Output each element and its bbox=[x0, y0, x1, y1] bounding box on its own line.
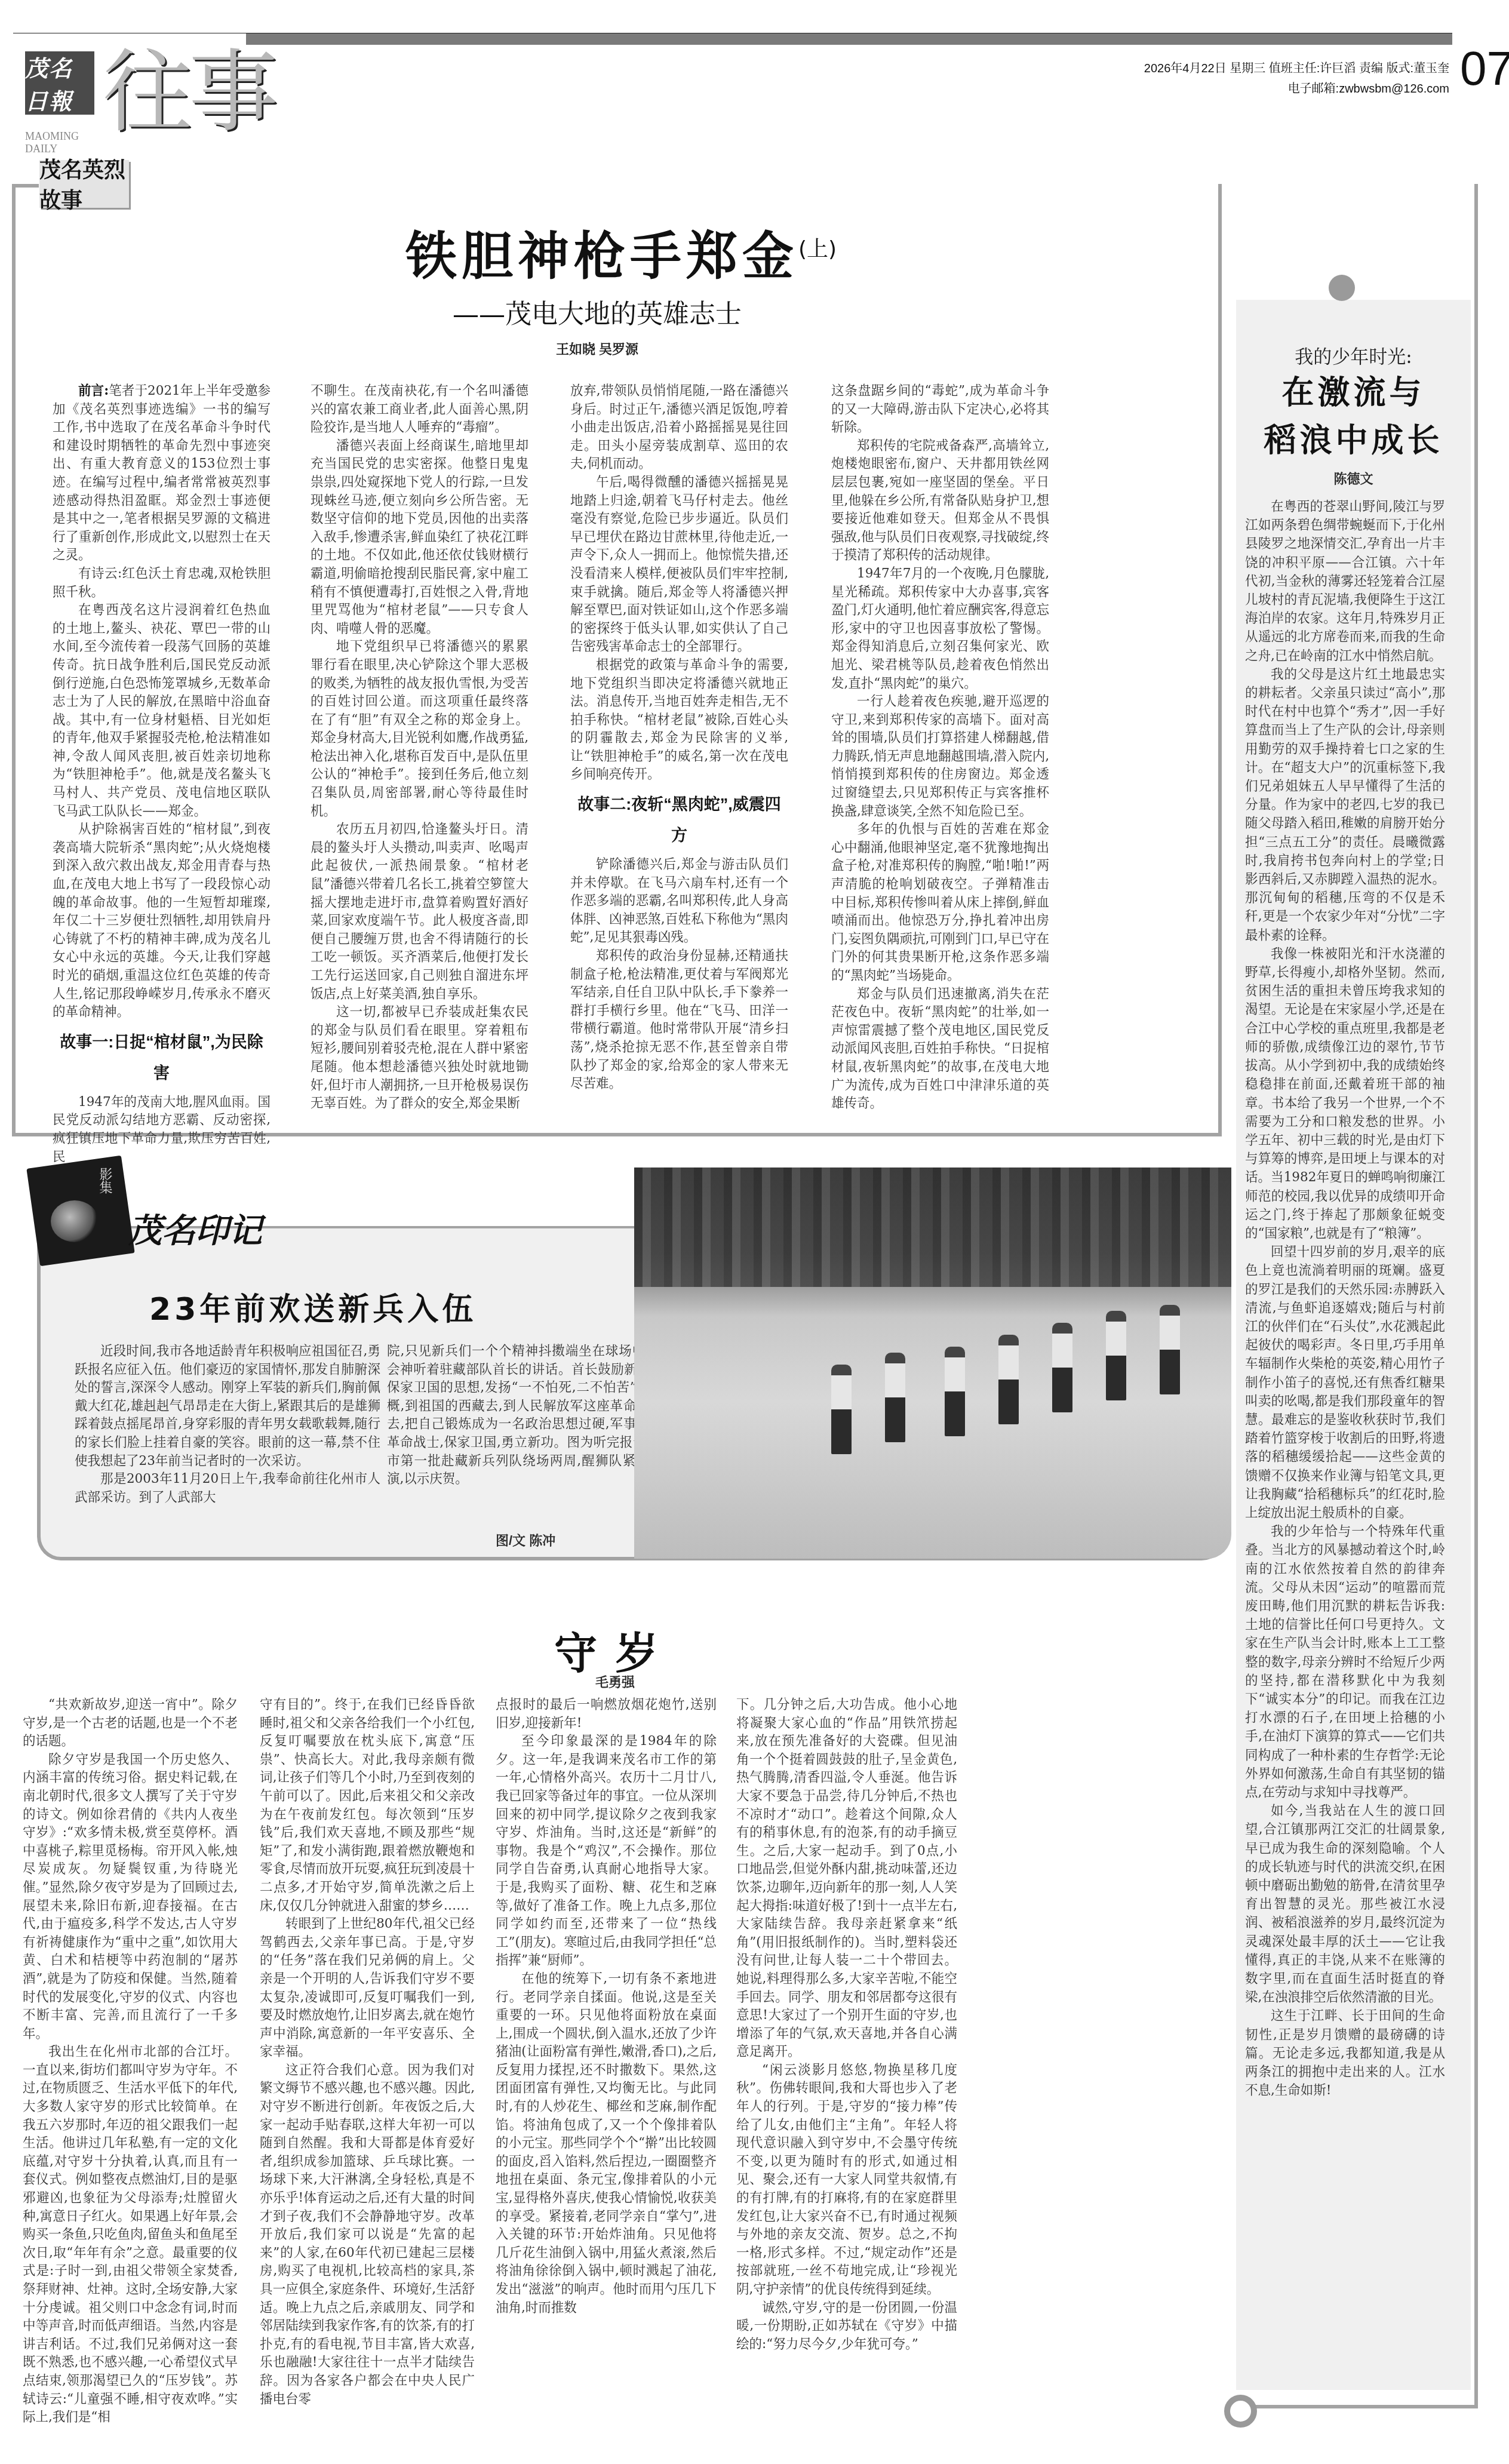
paper-logo-english: MAOMING DAILY bbox=[25, 130, 97, 155]
preface-label: 前言: bbox=[78, 383, 109, 398]
sidebar-byline: 陈德文 bbox=[1236, 469, 1471, 487]
story2-heading: 故事二:夜斩“黑肉蛇”,威震四方 bbox=[570, 789, 788, 851]
page-number: 07 bbox=[1460, 42, 1509, 96]
imprint-column-tag: 茂名印记 bbox=[128, 1205, 262, 1252]
paragraph: 如今,当我站在人生的渡口回望,合江镇那两江交汇的壮阔景象,早已成为我生命的深刻隐… bbox=[1245, 1802, 1445, 2007]
essay-column-1: “共欢新故岁,迎送一宵中”。除夕守岁,是一个古老的话题,也是一个不老的话题。 除… bbox=[23, 1696, 238, 2427]
subhead: ——茂电大地的英雄志士 bbox=[299, 293, 896, 331]
section-title: 往事 bbox=[103, 42, 275, 143]
sidebar-title-line2: 稻浪中成长 bbox=[1236, 417, 1471, 465]
paragraph: 我出生在化州市北部的合江圩。一直以来,街坊们都叫守岁为守年。不过,在物质匮乏、生… bbox=[23, 2043, 238, 2426]
byline: 王如晓 吴罗源 bbox=[299, 339, 896, 358]
sidebar-kicker: 我的少年时光: bbox=[1236, 342, 1471, 368]
paragraph: 诚然,守岁,守的是一份团圆,一份温暖,一份期盼,正如苏轼在《守岁》中描绘的:“努… bbox=[736, 2299, 957, 2354]
headline-text: 铁胆神枪手郑金 bbox=[405, 227, 798, 287]
paragraph: 根据党的政策与革命斗争的需要,地下党组织当即决定将潘德兴就地正法。消息传开,当地… bbox=[570, 656, 788, 784]
paragraph: 一行人趁着夜色疾驰,避开巡逻的守卫,来到郑积传家的高墙下。面对高耸的围墙,队员们… bbox=[831, 693, 1049, 821]
headline: 铁胆神枪手郑金(上) bbox=[269, 215, 973, 289]
paragraph: 转眼到了上世纪80年代,祖父已经驾鹤西去,父亲年事已高。于是,守岁的“任务”落在… bbox=[260, 1915, 475, 2061]
story1-heading: 故事一:日捉“棺材鼠”,为民除害 bbox=[53, 1027, 271, 1089]
essay-title: 守岁 bbox=[496, 1618, 734, 1680]
story-column-2: 不聊生。在茂南袂花,有一个名叫潘德兴的富农兼工商业者,此人面善心黑,阴险狡诈,是… bbox=[311, 382, 528, 1113]
photo-figure bbox=[1106, 1311, 1126, 1400]
poem: 有诗云:红色沃土育忠魂,双枪铁胆照千秋。 bbox=[53, 565, 271, 601]
sidebar-title: 在激流与 稻浪中成长 bbox=[1236, 369, 1471, 465]
paragraph: “闲云淡影月悠悠,物换星移几度秋”。伤佛转眼间,我和大哥也步入了老年人的行列。于… bbox=[736, 2061, 957, 2299]
paragraph: 点报时的最后一响燃放烟花炮竹,送别旧岁,迎接新年! bbox=[496, 1696, 717, 1732]
column-tag: 茂名英烈故事 bbox=[39, 160, 129, 208]
date-editor-line: 2026年4月22日 星期三 值班主任:许巨滔 责编 版式:董玉奎 bbox=[1144, 59, 1449, 76]
paragraph: 这生于江畔、长于田间的生命韧性,正是岁月馈赠的最磅礴的诗篇。无论走多远,我都知道… bbox=[1245, 2007, 1445, 2100]
paragraph: 从护除祸害百姓的“棺材鼠”,到夜袭高墙大院斩杀“黑肉蛇”;从火烧炮楼到深入敌穴救… bbox=[53, 821, 271, 1022]
paragraph: 我的少年恰与一个特殊年代重叠。当北方的风暴撼动着这个时,岭南的江水依然按着自然的… bbox=[1245, 1522, 1445, 1802]
paragraph: 不聊生。在茂南袂花,有一个名叫潘德兴的富农兼工商业者,此人面善心黑,阴险狡诈,是… bbox=[311, 382, 528, 437]
paragraph: 郑积传的宅院戒备森严,高墙耸立,炮楼炮眼密布,窗户、天井都用铁丝网层层包裹,宛如… bbox=[831, 437, 1049, 565]
essay-column-3: 点报时的最后一响燃放烟花炮竹,送别旧岁,迎接新年! 至今印象最深的是1984年的… bbox=[496, 1696, 717, 2317]
paragraph: 1947年的茂南大地,腥风血雨。国民党反动派勾结地方恶霸、反动密探,疯狂镇压地下… bbox=[53, 1093, 271, 1166]
essay-byline: 毛勇强 bbox=[496, 1672, 734, 1691]
sidebar-ring-decor bbox=[1329, 275, 1355, 301]
paragraph: 下。几分钟之后,大功告成。他小心地将凝聚大家心血的“作品”用铁笊捞起来,放在预先… bbox=[736, 1696, 957, 2061]
paragraph: 多年的仇恨与百姓的苦难在郑金心中翻涌,他眼神坚定,毫不犹豫地掏出盒子枪,对准郑积… bbox=[831, 821, 1049, 985]
paragraph: 除夕守岁是我国一个历史悠久、内涵丰富的传统习俗。据史料记载,在南北朝时代,很多文… bbox=[23, 1751, 238, 2044]
story-column-3: 放弃,带领队员悄悄尾随,一路在潘德兴身后。时过正午,潘德兴酒足饭饱,哼着小曲走出… bbox=[570, 382, 788, 1093]
email-line: 电子邮箱:zwbwsbm@126.com bbox=[1288, 79, 1449, 96]
photo-trees bbox=[634, 1168, 1231, 1287]
paragraph: 潘德兴表面上经商谋生,暗地里却充当国民党的忠实密探。他整日鬼鬼祟祟,四处窥探地下… bbox=[311, 437, 528, 638]
photo-figure bbox=[1052, 1323, 1072, 1412]
paragraph: 农历五月初四,恰逢鳌头圩日。清晨的鳌头圩人头攒动,叫卖声、吆喝声此起彼伏,一派热… bbox=[311, 821, 528, 1003]
sidebar-title-line1: 在激流与 bbox=[1236, 369, 1471, 417]
paragraph: 这正符合我们心意。因为我们对繁文缛节不感兴趣,也不感兴趣。因此,对守岁不断进行创… bbox=[260, 2061, 475, 2408]
paragraph: 近段时间,我市各地适龄青年积极响应祖国征召,勇跃报名应征入伍。他们豪迈的家国情怀… bbox=[75, 1342, 380, 1470]
photo-figure bbox=[945, 1347, 965, 1436]
story-column-4: 这条盘踞乡间的“毒蛇”,成为革命斗争的又一大障碍,游击队下定决心,必将其斩除。 … bbox=[831, 382, 1049, 1113]
photo-figure bbox=[831, 1365, 852, 1454]
paragraph: “共欢新故岁,迎送一宵中”。除夕守岁,是一个古老的话题,也是一个不老的话题。 bbox=[23, 1696, 238, 1751]
paragraph: 那是2003年11月20日上午,我奉命前往化州市人武部采访。到了人武部大 bbox=[75, 1470, 380, 1507]
headline-part: (上) bbox=[798, 237, 837, 262]
paragraph: 这一切,都被早已乔装成赶集农民的郑金与队员们看在眼里。穿着粗布短衫,腰间别着驳壳… bbox=[311, 1003, 528, 1113]
paragraph: 守有目的”。终于,在我们已经昏昏欲睡时,祖父和父亲各给我们一个小红包,反复叮嘱要… bbox=[260, 1696, 475, 1915]
paragraph: 铲除潘德兴后,郑金与游击队员们并未停歇。在飞马六扇车村,还有一个作恶多端的恶霸,… bbox=[570, 856, 788, 947]
photo-figure bbox=[885, 1353, 905, 1442]
paragraph: 午后,喝得微醺的潘德兴摇摇晃晃地踏上归途,朝着飞马仔村走去。他丝毫没有察觉,危险… bbox=[570, 474, 788, 656]
paragraph: 放弃,带领队员悄悄尾随,一路在潘德兴身后。时过正午,潘德兴酒足饭饱,哼着小曲走出… bbox=[570, 382, 788, 474]
paragraph: 在他的统筹下,一切有条不紊地进行。老同学亲自揉面。他说,这是至关重要的一环。只见… bbox=[496, 1970, 717, 2317]
sidebar-ring-decor-bottom bbox=[1224, 2395, 1257, 2428]
paragraph: 在粤西的苍翠山野间,陵江与罗江如两条碧色绸带蜿蜒而下,于化州县陵罗之地深情交汇,… bbox=[1245, 497, 1445, 665]
paragraph: 在粤西茂名这片浸润着红色热血的土地上,鳌头、袂花、覃巴一带的山水间,至今流传着一… bbox=[53, 601, 271, 821]
imprint-title: 23年前欢送新兵入伍 bbox=[149, 1284, 477, 1329]
story-frame-right bbox=[1218, 184, 1222, 1136]
paragraph: 回望十四岁前的岁月,艰辛的底色上竟也流淌着明丽的斑斓。盛夏的罗江是我们的天然乐园… bbox=[1245, 1243, 1445, 1522]
photo-figure bbox=[1160, 1305, 1180, 1394]
paragraph: 我的父母是这片红土地最忠实的耕耘者。父亲虽只读过“高小”,那时代在村中也算个“秀… bbox=[1245, 665, 1445, 945]
essay-column-4: 下。几分钟之后,大功告成。他小心地将凝聚大家心血的“作品”用铁笊捞起来,放在预先… bbox=[736, 1696, 957, 2354]
parade-photo bbox=[634, 1168, 1231, 1559]
paragraph: 郑积传的政治身份显赫,还精通扶制盒子枪,枪法精准,更仗着与军阀郑光军结亲,自任自… bbox=[570, 947, 788, 1093]
paragraph: 1947年7月的一个夜晚,月色朦胧,星光稀疏。郑积传家中大办喜事,宾客盈门,灯火… bbox=[831, 565, 1049, 693]
paragraph: 至今印象最深的是1984年的除夕。这一年,是我调来茂名市工作的第一年,心情格外高… bbox=[496, 1732, 717, 1970]
sidebar-body: 在粤西的苍翠山野间,陵江与罗江如两条碧色绸带蜿蜒而下,于化州县陵罗之地深情交汇,… bbox=[1245, 497, 1445, 2100]
rose-decor-icon bbox=[51, 1200, 99, 1242]
paragraph: 地下党组织早已将潘德兴的累累罪行看在眼里,决心铲除这个罪大恶极的败类,为牺牲的战… bbox=[311, 638, 528, 821]
preface-text: 笔者于2021年上半年受邀参加《茂名英烈事迹选编》一书的编写工作,书中选取了在茂… bbox=[53, 383, 271, 563]
story-column-1: 前言:笔者于2021年上半年受邀参加《茂名英烈事迹选编》一书的编写工作,书中选取… bbox=[53, 382, 271, 1166]
photo-figure bbox=[998, 1335, 1019, 1424]
photo-credit: 图/文 陈冲 bbox=[496, 1531, 555, 1549]
preface: 前言:笔者于2021年上半年受邀参加《茂名英烈事迹选编》一书的编写工作,书中选取… bbox=[53, 382, 271, 565]
paragraph: 这条盘踞乡间的“毒蛇”,成为革命斗争的又一大障碍,游击队下定决心,必将其斩除。 bbox=[831, 382, 1049, 437]
essay-column-2: 守有目的”。终于,在我们已经昏昏欲睡时,祖父和父亲各给我们一个小红包,反复叮嘱要… bbox=[260, 1696, 475, 2408]
imprint-column-1: 近段时间,我市各地适龄青年积极响应祖国征召,勇跃报名应征入伍。他们豪迈的家国情怀… bbox=[75, 1342, 380, 1507]
paragraph: 郑金与队员们迅速撤离,消失在茫茫夜色中。夜斩“黑肉蛇”的壮举,如一声惊雷震撼了整… bbox=[831, 985, 1049, 1113]
masthead-bar bbox=[246, 33, 1452, 45]
album-label: 影集 bbox=[96, 1168, 114, 1194]
paper-logo: 茂名日報 bbox=[25, 51, 94, 115]
paragraph: 我像一株被阳光和汗水浇灌的野草,长得瘦小,却格外坚韧。然而,贫困生活的重担未曾压… bbox=[1245, 945, 1445, 1243]
story-frame-top bbox=[12, 184, 39, 188]
